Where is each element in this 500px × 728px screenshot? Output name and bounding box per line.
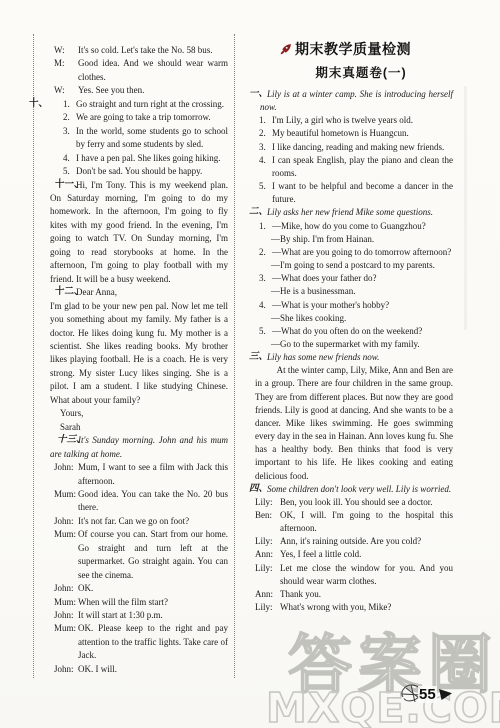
item-number: 5. [63, 165, 76, 178]
line-text: —By ship. I'm from Hainan. [271, 233, 453, 246]
answer-line: —He is a businessman. [271, 285, 453, 298]
item-number: 4. [63, 152, 76, 165]
line-text: Good idea. You can take the No. 20 bus t… [78, 488, 228, 515]
dialogue-line: John:It will start at 1:30 p.m. [50, 609, 228, 622]
line-text: —What does your father do? [272, 272, 453, 285]
item-number: 4. [259, 299, 272, 312]
line-text: Thank you. [280, 588, 453, 601]
dialogue-line: Ann:Yes, I feel a little cold. [255, 548, 453, 561]
item-number: 5. [259, 180, 272, 206]
speaker-label: Lily: [255, 496, 280, 509]
line-text: —What are you going to do tomorrow after… [272, 246, 453, 259]
watermark-site: MXQE.COM [266, 688, 500, 728]
numbered-item: 十、1.Go straight and turn right at the cr… [50, 98, 228, 111]
speaker-label: Ann: [255, 548, 280, 561]
dialogue-line: M:Good idea. And we should wear warm clo… [50, 57, 228, 84]
numbered-item: 3.—What does your father do? [255, 272, 453, 285]
section-intro: 四、Some children don't look very well. Li… [260, 483, 453, 496]
item-number: 3. [259, 141, 272, 154]
section-marker: 十三、 [29, 434, 86, 447]
line-text: Mum, I want to see a film with Jack this… [78, 461, 228, 488]
line-text: OK, I will. I'm going to the hospital th… [280, 509, 453, 535]
text-line: 十二、Dear Anna, [50, 286, 228, 299]
line-text: Of course you can. Start from our home. … [78, 528, 228, 582]
line-text: Yours, [50, 407, 228, 420]
speaker-label: Lily: [255, 601, 280, 614]
numbered-item: 4.—What is your mother's hobby? [255, 299, 453, 312]
item-number: 2. [259, 246, 272, 259]
text-line: Sarah [50, 421, 228, 434]
section-intro: 二、Lily asks her new friend Mike some que… [260, 206, 453, 219]
line-text: When will the film start? [78, 596, 228, 609]
answer-line: —She likes cooking. [271, 312, 453, 325]
dialogue-line: Lily:Ann, it's raining outside. Are you … [255, 535, 453, 548]
numbered-item: 5.I want to be helpful and become a danc… [255, 180, 453, 206]
line-text: —Mike, how do you come to Guangzhou? [272, 220, 453, 233]
line-text: We are going to take a trip tomorrow. [76, 111, 228, 124]
speaker-label: John: [54, 582, 78, 595]
header-title: 期末教学质量检测 [295, 39, 411, 59]
paper-title: 期末真题卷(一) [269, 63, 453, 81]
dialogue-line: W:It's so cold. Let's take the No. 58 bu… [50, 44, 228, 57]
line-text: I'm Lily, a girl who is twelve years old… [272, 114, 453, 127]
numbered-item: 5.Don't be sad. You should be happy. [50, 165, 228, 178]
line-text: OK. Please keep to the right and pay att… [78, 622, 228, 662]
item-number: 2. [259, 127, 272, 140]
section-intro: 三、Lily has some new friends now. [260, 351, 453, 364]
speaker-label: Mum: [54, 596, 78, 609]
line-text: At the winter camp, Lily, Mike, Ann and … [255, 364, 453, 482]
line-text: Sarah [50, 421, 228, 434]
speaker-label: Mum: [54, 528, 78, 582]
line-text: In the world, some students go to school… [76, 125, 228, 152]
line-text: What's wrong with you, Mike? [280, 601, 453, 614]
line-text: I like dancing, reading and making new f… [272, 141, 453, 154]
section-marker: 一、 [242, 88, 268, 101]
item-number: 1. [259, 114, 272, 127]
left-column: W:It's so cold. Let's take the No. 58 bu… [50, 44, 228, 676]
line-text: It will start at 1:30 p.m. [78, 609, 228, 622]
line-text: Yes. See you then. [78, 84, 228, 97]
speaker-label: John: [54, 663, 78, 676]
line-text: I'm glad to be your new pen pal. Now let… [50, 300, 228, 408]
line-text: Some children don't look very well. Lily… [260, 483, 453, 496]
item-number: 2. [63, 111, 76, 124]
line-text: Ann, it's raining outside. Are you cold? [280, 535, 453, 548]
dialogue-line: Mum:OK. Please keep to the right and pay… [50, 622, 228, 662]
speaker-label: John: [54, 609, 78, 622]
line-text: It's so cold. Let's take the No. 58 bus. [78, 44, 228, 57]
dialogue-line: Mum:Of course you can. Start from our ho… [50, 528, 228, 582]
section-marker: 十、 [29, 98, 48, 111]
page-number: 55 [418, 686, 437, 703]
dialogue-line: Lily:Ben, you look ill. You should see a… [255, 496, 453, 509]
line-text: Ben, you look ill. You should see a doct… [280, 496, 453, 509]
right-column-content: 一、Lily is at a winter camp. She is intro… [255, 88, 453, 614]
dialogue-line: John:It's not far. Can we go on foot? [50, 515, 228, 528]
section-marker: 十二、 [29, 286, 84, 299]
rocket-icon [279, 43, 292, 56]
dialogue-line: Lily:What's wrong with you, Mike? [255, 601, 453, 614]
page-number-group: 55 [398, 682, 453, 706]
numbered-item: 2.My beautiful hometown is Huangcun. [255, 127, 453, 140]
column-divider-mid [234, 34, 235, 678]
item-number: 3. [259, 272, 272, 285]
paragraph: At the winter camp, Lily, Mike, Ann and … [255, 364, 453, 482]
line-text: Yes, I feel a little cold. [280, 548, 453, 561]
watermark-answer-circle: 答案圈 [288, 634, 498, 698]
speaker-label: Lily: [255, 535, 280, 548]
item-number: 4. [259, 154, 272, 180]
section-marker: 十一、 [29, 179, 84, 192]
section-marker: 二、 [242, 206, 268, 219]
dialogue-line: John:Mum, I want to see a film with Jack… [50, 461, 228, 488]
dialogue-line: Ann:Thank you. [255, 588, 453, 601]
line-text: Lily is at a winter camp. She is introdu… [260, 88, 453, 114]
speaker-label: W: [54, 84, 78, 97]
line-text: —I'm going to send a postcard to my pare… [271, 259, 453, 272]
answer-line: —By ship. I'm from Hainan. [271, 233, 453, 246]
line-text: Lily asks her new friend Mike some quest… [260, 206, 453, 219]
text-line: Yours, [50, 407, 228, 420]
line-text: Lily has some new friends now. [260, 351, 453, 364]
dialogue-line: W:Yes. See you then. [50, 84, 228, 97]
paragraph: 十一、Hi, I'm Tony. This is my weekend plan… [50, 179, 228, 287]
item-number: 1. [63, 98, 76, 111]
section-header: 期末教学质量检测 [279, 40, 453, 58]
column-divider-left [33, 34, 34, 678]
line-text: I can speak English, play the piano and … [272, 154, 453, 180]
item-number: 5. [259, 325, 272, 338]
line-text: Hi, I'm Tony. This is my weekend plan. O… [50, 179, 228, 287]
right-column: 期末教学质量检测 期末真题卷(一) 一、Lily is at a winter … [255, 40, 453, 614]
dialogue-line: Ben:OK, I will. I'm going to the hospita… [255, 509, 453, 535]
dialogue-line: John:OK. I will. [50, 663, 228, 676]
section-marker: 四、 [242, 483, 268, 496]
dialogue-line: Lily:Let me close the window for you. An… [255, 562, 453, 588]
speaker-label: Ben: [255, 509, 280, 535]
speaker-label: Ann: [255, 588, 280, 601]
numbered-item: 3.I like dancing, reading and making new… [255, 141, 453, 154]
item-number: 3. [63, 125, 76, 152]
line-text: It's not far. Can we go on foot? [78, 515, 228, 528]
speaker-label: John: [54, 515, 78, 528]
section-intro: 十三、It's Sunday morning. John and his mum… [50, 434, 228, 461]
numbered-item: 4.I can speak English, play the piano an… [255, 154, 453, 180]
line-text: —He is a businessman. [271, 285, 453, 298]
section-marker: 三、 [242, 351, 268, 364]
dialogue-line: Mum:Good idea. You can take the No. 20 b… [50, 488, 228, 515]
numbered-item: 1.—Mike, how do you come to Guangzhou? [255, 220, 453, 233]
line-text: Good idea. And we should wear warm cloth… [78, 57, 228, 84]
paragraph: I'm glad to be your new pen pal. Now let… [50, 300, 228, 408]
line-text: OK. I will. [78, 663, 228, 676]
dialogue-line: Mum:When will the film start? [50, 596, 228, 609]
numbered-item: 3.In the world, some students go to scho… [50, 125, 228, 152]
speaker-label: M: [54, 57, 78, 84]
page-fold-shadow [464, 86, 467, 330]
line-text: I have a pen pal. She likes going hiking… [76, 152, 228, 165]
numbered-item: 2.We are going to take a trip tomorrow. [50, 111, 228, 124]
speaker-label: Lily: [255, 562, 280, 588]
section-intro: 一、Lily is at a winter camp. She is intro… [260, 88, 453, 114]
workbook-page: s-lItilIlitsrl. W:It's so cold. Let's ta… [0, 0, 500, 728]
line-text: Don't be sad. You should be happy. [76, 165, 228, 178]
speaker-label: Mum: [54, 488, 78, 515]
line-text: —What is your mother's hobby? [272, 299, 453, 312]
numbered-item: 5.—What do you often do on the weekend? [255, 325, 453, 338]
speaker-label: Mum: [54, 622, 78, 662]
numbered-item: 1.I'm Lily, a girl who is twelve years o… [255, 114, 453, 127]
dialogue-line: John:OK. [50, 582, 228, 595]
line-text: My beautiful hometown is Huangcun. [272, 127, 453, 140]
answer-line: —I'm going to send a postcard to my pare… [271, 259, 453, 272]
numbered-item: 4.I have a pen pal. She likes going hiki… [50, 152, 228, 165]
answer-line: —Go to the supermarket with my family. [271, 338, 453, 351]
item-number: 1. [259, 220, 272, 233]
line-text: I want to be helpful and become a dancer… [272, 180, 453, 206]
line-text: —She likes cooking. [271, 312, 453, 325]
line-text: OK. [78, 582, 228, 595]
line-text: —What do you often do on the weekend? [272, 325, 453, 338]
arrow-pennant-icon [438, 688, 453, 701]
speaker-label: John: [54, 461, 78, 488]
line-text: —Go to the supermarket with my family. [271, 338, 453, 351]
speaker-label: W: [54, 44, 78, 57]
line-text: Let me close the window for you. And you… [280, 562, 453, 588]
numbered-item: 2.—What are you going to do tomorrow aft… [255, 246, 453, 259]
line-text: Go straight and turn right at the crossi… [76, 98, 228, 111]
